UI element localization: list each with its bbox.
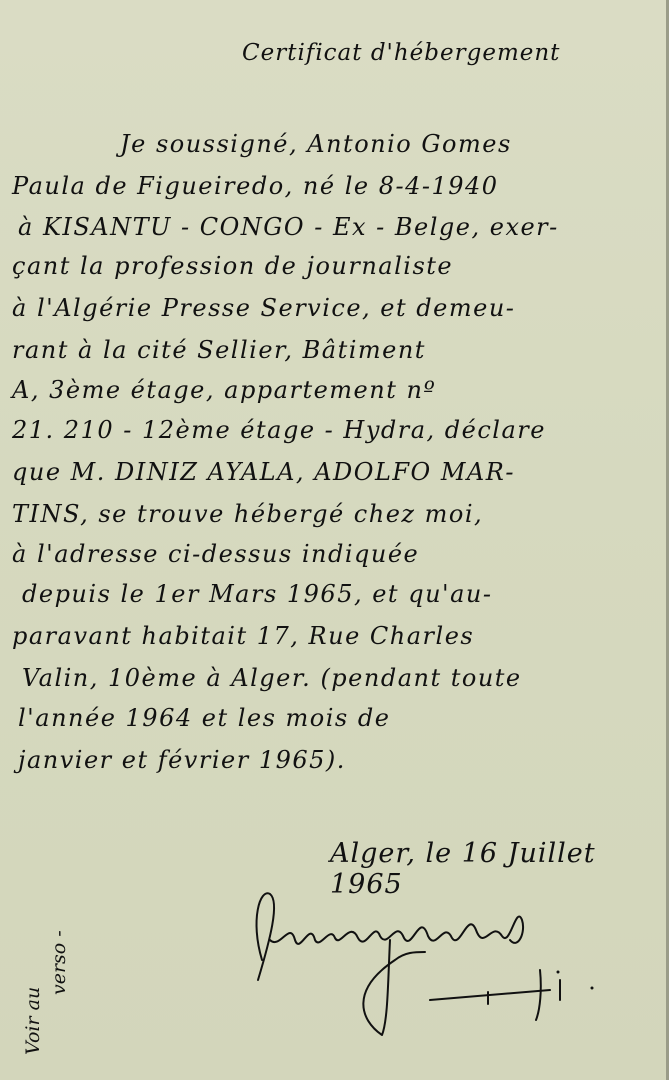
body-line: à l'adresse ci-dessus indiquée <box>12 540 419 568</box>
margin-note-line: Voir au <box>20 930 46 1055</box>
body-line: l'année 1964 et les mois de <box>18 704 390 732</box>
margin-note-line: verso - <box>46 930 72 1055</box>
body-line: à l'Algérie Presse Service, et demeu- <box>12 294 515 322</box>
body-line: paravant habitait 17, Rue Charles <box>12 622 474 650</box>
body-line: depuis le 1er Mars 1965, et qu'au- <box>22 580 493 608</box>
body-line: çant la profession de journaliste <box>12 252 453 280</box>
body-line: que M. DINIZ AYALA, ADOLFO MAR- <box>12 458 515 486</box>
body-line: rant à la cité Sellier, Bâtiment <box>12 336 426 364</box>
signature <box>240 880 640 1050</box>
body-line: Valin, 10ème à Alger. (pendant toute <box>22 664 522 692</box>
body-line: 21. 210 - 12ème étage - Hydra, déclare <box>12 416 546 444</box>
body-line: A, 3ème étage, appartement nº <box>12 376 436 404</box>
body-line: Je soussigné, Antonio Gomes <box>120 130 512 158</box>
margin-note: Voir au verso - <box>20 930 72 1055</box>
body-line: TINS, se trouve hébergé chez moi, <box>12 500 483 528</box>
body-line: Paula de Figueiredo, né le 8-4-1940 <box>12 172 499 200</box>
body-line: à KISANTU - CONGO - Ex - Belge, exer- <box>18 213 559 241</box>
signature-scribble-icon <box>240 880 640 1050</box>
body-line: janvier et février 1965). <box>18 746 346 774</box>
document-title: Certificat d'hébergement <box>242 40 560 66</box>
